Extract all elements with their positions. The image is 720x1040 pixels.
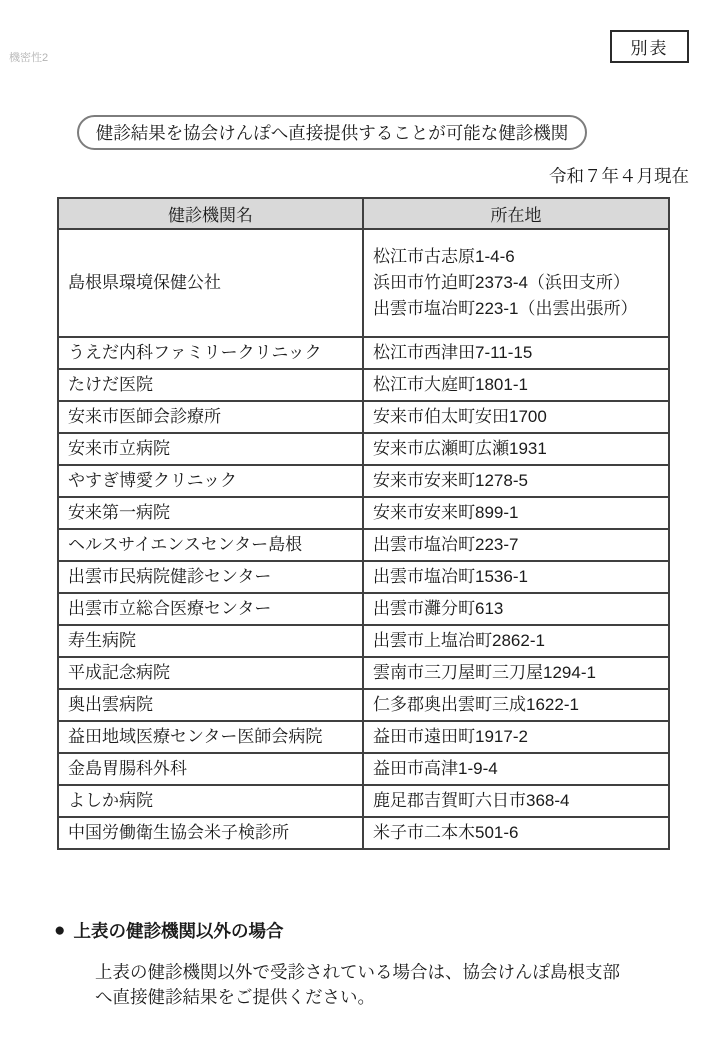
header-address: 所在地 xyxy=(363,198,669,229)
other-institutions-heading: ● 上表の健診機関以外の場合 xyxy=(54,918,283,943)
institution-address: 安来市安来町1278-5 xyxy=(363,465,669,497)
institution-name: 益田地域医療センター医師会病院 xyxy=(58,721,363,753)
confidentiality-label: 機密性2 xyxy=(9,49,48,65)
table-row: 益田地域医療センター医師会病院 益田市遠田町1917-2 xyxy=(58,721,669,753)
table-row: よしか病院 鹿足郡吉賀町六日市368-4 xyxy=(58,785,669,817)
institution-address: 出雲市塩冶町1536-1 xyxy=(363,561,669,593)
institution-address: 出雲市上塩冶町2862-1 xyxy=(363,625,669,657)
attachment-label-box: 別表 xyxy=(610,30,689,63)
table-row: 出雲市立総合医療センター 出雲市灘分町613 xyxy=(58,593,669,625)
document-title-capsule: 健診結果を協会けんぽへ直接提供することが可能な健診機関 xyxy=(77,115,587,150)
table-row: うえだ内科ファミリークリニック 松江市西津田7-11-15 xyxy=(58,337,669,369)
institution-name: 出雲市立総合医療センター xyxy=(58,593,363,625)
attachment-label: 別表 xyxy=(631,34,669,59)
other-institutions-heading-label: 上表の健診機関以外の場合 xyxy=(73,918,283,943)
table-row: やすぎ博愛クリニック 安来市安来町1278-5 xyxy=(58,465,669,497)
institution-name: うえだ内科ファミリークリニック xyxy=(58,337,363,369)
institution-name: 島根県環境保健公社 xyxy=(58,229,363,337)
institution-address: 益田市高津1-9-4 xyxy=(363,753,669,785)
institution-address: 出雲市灘分町613 xyxy=(363,593,669,625)
institution-address: 安来市広瀬町広瀬1931 xyxy=(363,433,669,465)
institution-name: ヘルスサイエンスセンター島根 xyxy=(58,529,363,561)
institution-name: 安来市立病院 xyxy=(58,433,363,465)
institution-address: 松江市大庭町1801-1 xyxy=(363,369,669,401)
institution-name: 安来第一病院 xyxy=(58,497,363,529)
other-institutions-instruction: 上表の健診機関以外で受診されている場合は、協会けんぽ島根支部 へ直接健診結果をご… xyxy=(95,960,685,1010)
as-of-date: 令和７年４月現在 xyxy=(549,163,689,188)
table-row: 安来市医師会診療所 安来市伯太町安田1700 xyxy=(58,401,669,433)
institution-table: 健診機関名 所在地 島根県環境保健公社 松江市古志原1-4-6 浜田市竹迫町23… xyxy=(57,197,670,850)
institution-name: たけだ医院 xyxy=(58,369,363,401)
table-row: ヘルスサイエンスセンター島根 出雲市塩冶町223-7 xyxy=(58,529,669,561)
table-row: 安来市立病院 安来市広瀬町広瀬1931 xyxy=(58,433,669,465)
table-row: 奥出雲病院 仁多郡奥出雲町三成1622-1 xyxy=(58,689,669,721)
institution-name: 奥出雲病院 xyxy=(58,689,363,721)
institution-address: 松江市西津田7-11-15 xyxy=(363,337,669,369)
table-row: 安来第一病院 安来市安来町899-1 xyxy=(58,497,669,529)
institution-address: 雲南市三刀屋町三刀屋1294-1 xyxy=(363,657,669,689)
institution-address: 松江市古志原1-4-6 浜田市竹迫町2373-4（浜田支所） 出雲市塩冶町223… xyxy=(363,229,669,337)
bullet-icon: ● xyxy=(54,920,65,942)
table-row: 金島胃腸科外科 益田市高津1-9-4 xyxy=(58,753,669,785)
document-title: 健診結果を協会けんぽへ直接提供することが可能な健診機関 xyxy=(96,120,569,145)
institution-address: 米子市二本木501-6 xyxy=(363,817,669,849)
institution-name: よしか病院 xyxy=(58,785,363,817)
institution-address: 出雲市塩冶町223-7 xyxy=(363,529,669,561)
table-header-row: 健診機関名 所在地 xyxy=(58,198,669,229)
institution-name: 安来市医師会診療所 xyxy=(58,401,363,433)
institution-name: 出雲市民病院健診センター xyxy=(58,561,363,593)
document-page: 機密性2 別表 健診結果を協会けんぽへ直接提供することが可能な健診機関 令和７年… xyxy=(0,0,720,1040)
header-institution-name: 健診機関名 xyxy=(58,198,363,229)
institution-name: やすぎ博愛クリニック xyxy=(58,465,363,497)
institution-address: 益田市遠田町1917-2 xyxy=(363,721,669,753)
institution-address: 仁多郡奥出雲町三成1622-1 xyxy=(363,689,669,721)
institution-address: 鹿足郡吉賀町六日市368-4 xyxy=(363,785,669,817)
institution-name: 寿生病院 xyxy=(58,625,363,657)
table-row: 寿生病院 出雲市上塩冶町2862-1 xyxy=(58,625,669,657)
institution-address: 安来市安来町899-1 xyxy=(363,497,669,529)
institution-address: 安来市伯太町安田1700 xyxy=(363,401,669,433)
table-row: 平成記念病院 雲南市三刀屋町三刀屋1294-1 xyxy=(58,657,669,689)
institution-name: 金島胃腸科外科 xyxy=(58,753,363,785)
table-row: たけだ医院 松江市大庭町1801-1 xyxy=(58,369,669,401)
institution-name: 中国労働衛生協会米子検診所 xyxy=(58,817,363,849)
table-row: 島根県環境保健公社 松江市古志原1-4-6 浜田市竹迫町2373-4（浜田支所）… xyxy=(58,229,669,337)
institution-name: 平成記念病院 xyxy=(58,657,363,689)
table-row: 中国労働衛生協会米子検診所 米子市二本木501-6 xyxy=(58,817,669,849)
table-row: 出雲市民病院健診センター 出雲市塩冶町1536-1 xyxy=(58,561,669,593)
